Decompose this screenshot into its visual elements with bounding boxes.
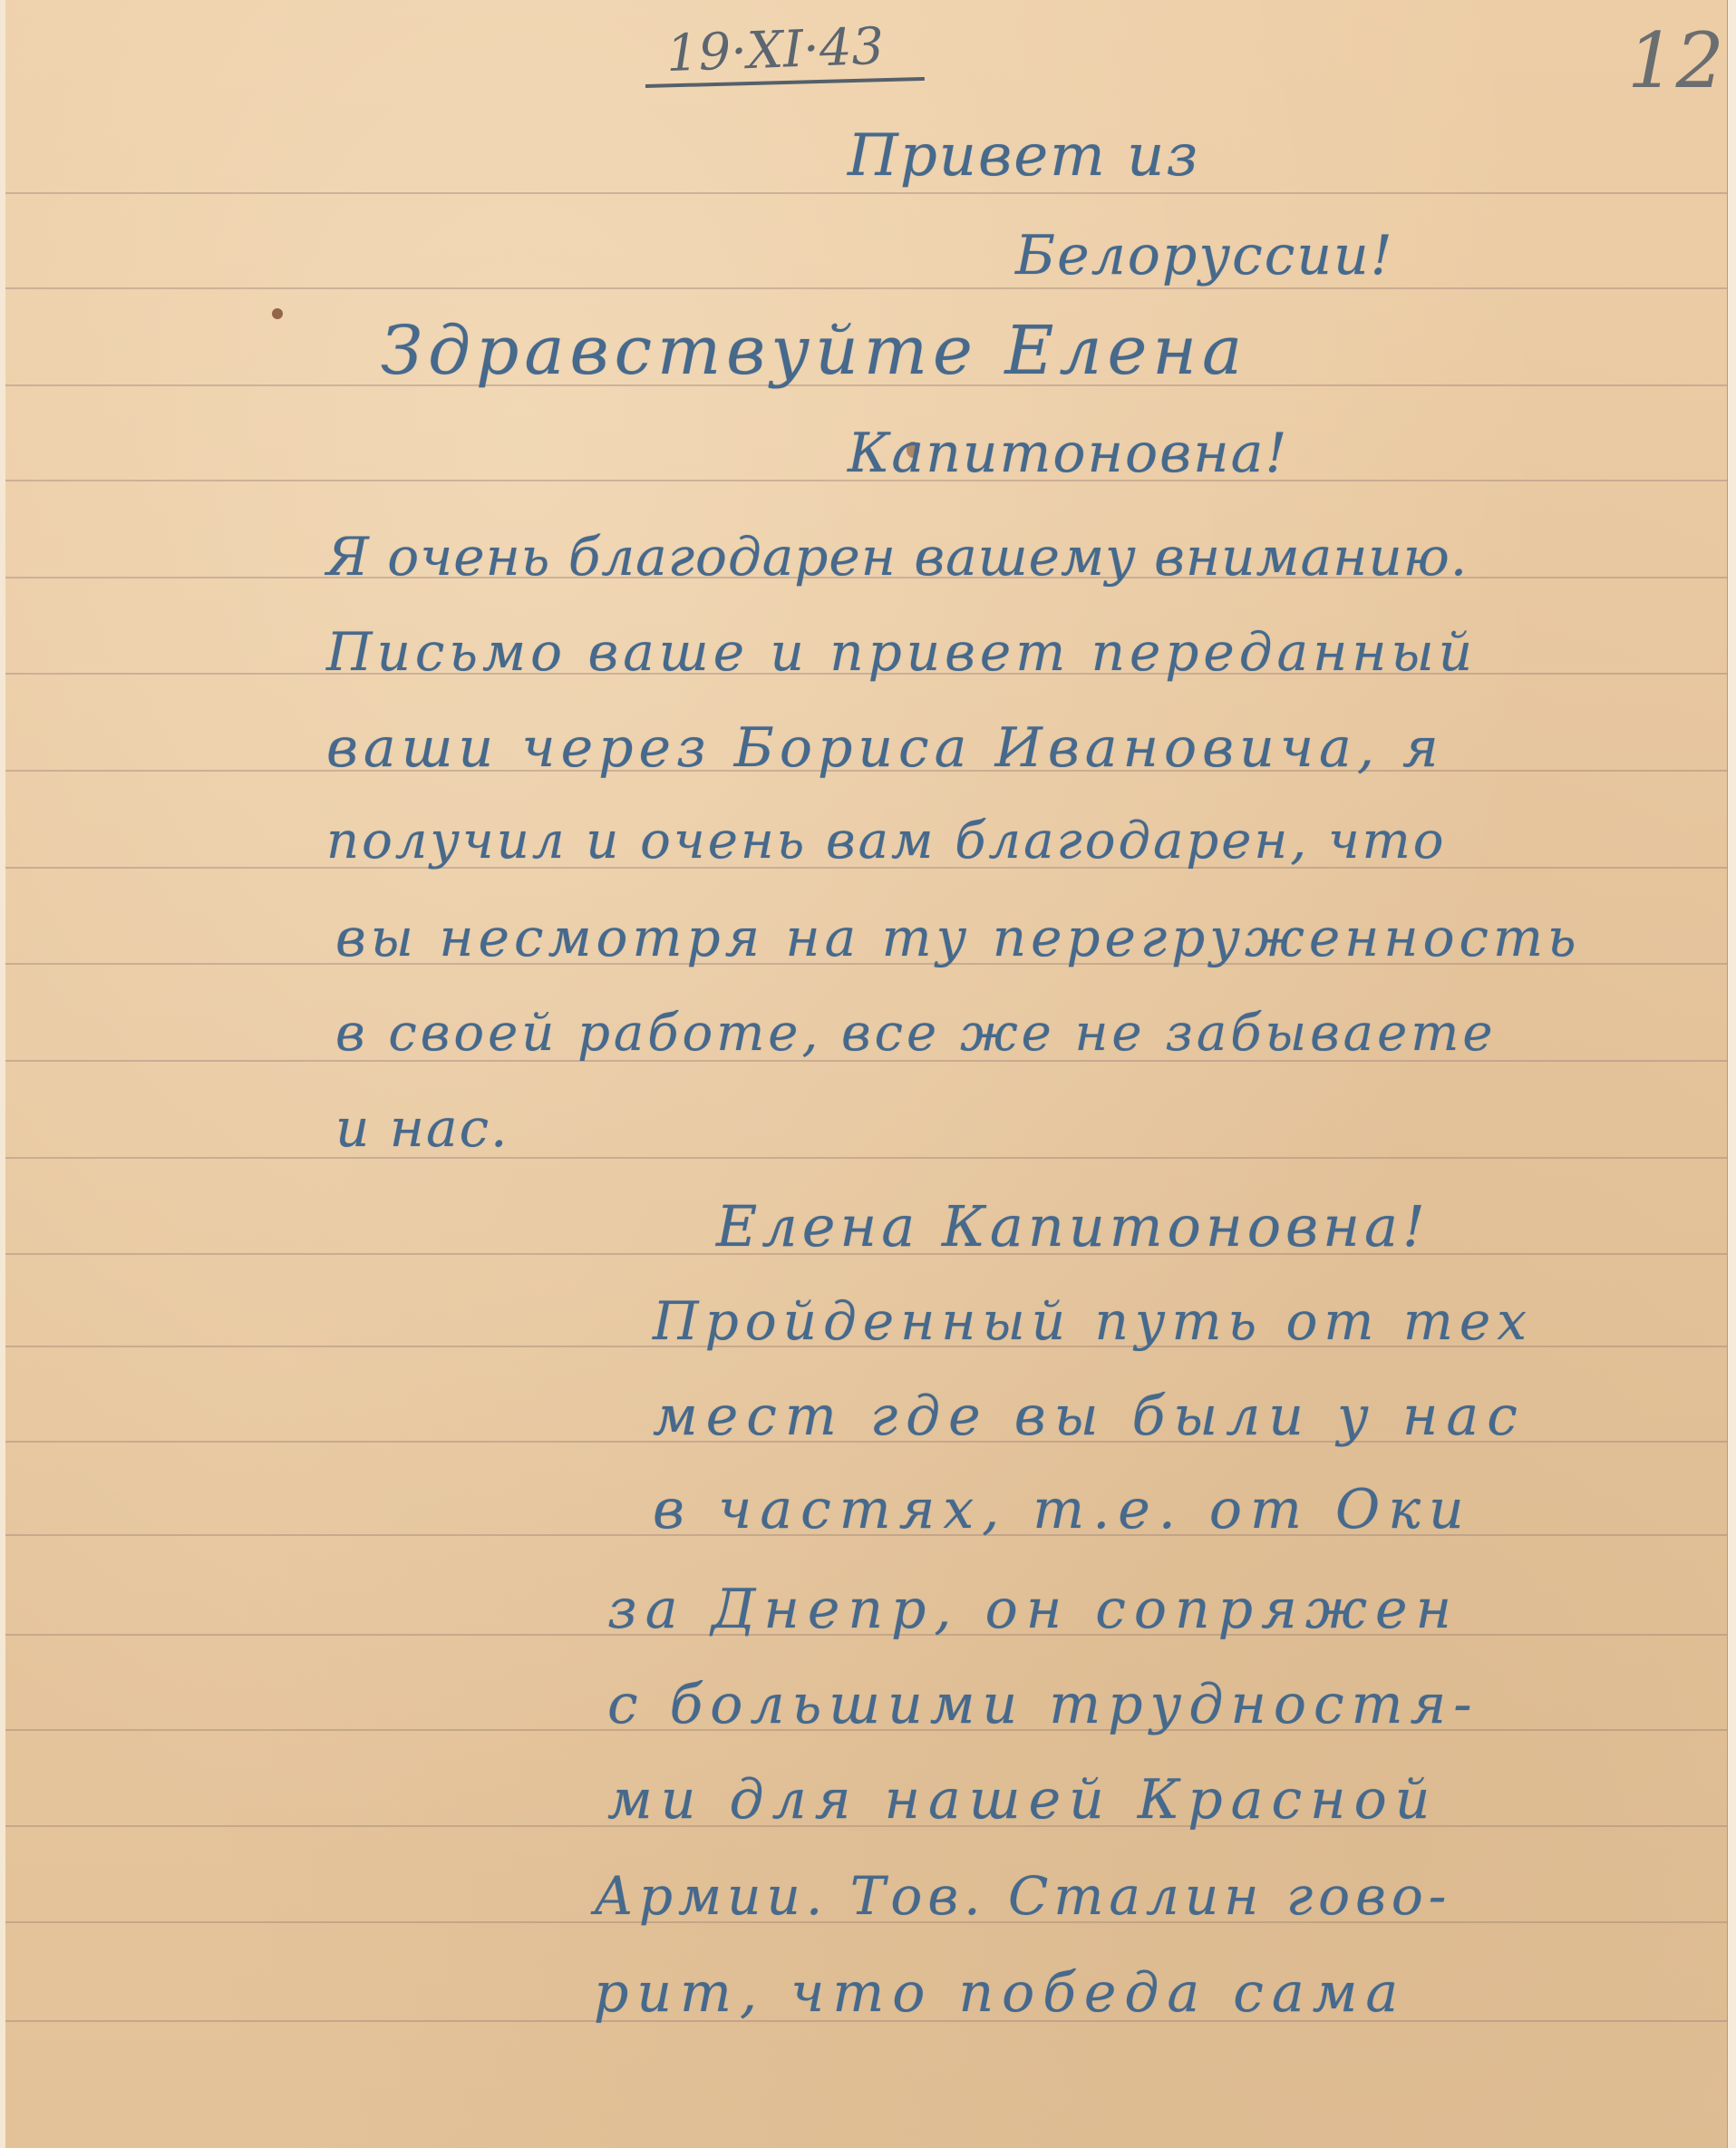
- ink-stain: [272, 308, 283, 319]
- paragraph-1-line: в своей работе, все же не забываете: [335, 1008, 1496, 1059]
- letter-date: 19·XI·43: [665, 22, 885, 80]
- paragraph-1-line: и нас.: [335, 1102, 509, 1154]
- salutation-line-1: Здравствуйте Елена: [381, 317, 1247, 384]
- paragraph-2-line: мест где вы были у нас: [653, 1389, 1526, 1443]
- paragraph-2-line: в частях, т.е. от Оки: [653, 1482, 1472, 1537]
- paragraph-2-line: с большими трудностя-: [607, 1677, 1479, 1732]
- ruled-line: [5, 1157, 1727, 1159]
- page-number: 12: [1627, 23, 1724, 99]
- greeting-line-1: Привет из: [848, 127, 1199, 185]
- paragraph-2-line: рит, что победа сама: [594, 1966, 1406, 2020]
- paper-right-edge: [1727, 0, 1736, 2148]
- paragraph-2-line: Армии. Тов. Сталин гово-: [594, 1870, 1451, 1922]
- address-line: Елена Капитоновна!: [716, 1199, 1430, 1255]
- salutation-line-2: Капитоновна!: [848, 426, 1288, 481]
- paragraph-1-line: ваши через Бориса Ивановича, я: [326, 721, 1444, 775]
- paragraph-1-line: Я очень благодарен вашему вниманию.: [326, 530, 1468, 583]
- greeting-line-2: Белоруссии!: [1015, 228, 1394, 283]
- paragraph-1-line: Письмо ваше и привет переданный: [326, 626, 1477, 678]
- paragraph-2-line: за Днепр, он сопряжен: [607, 1582, 1460, 1637]
- paragraph-2-line: ми для нашей Красной: [607, 1773, 1438, 1827]
- paragraph-1-line: вы несмотря на ту перегруженность: [335, 911, 1581, 964]
- paragraph-1-line: получил и очень вам благодарен, что: [326, 816, 1446, 867]
- ruled-line: [5, 192, 1727, 194]
- letter-page: 19·XI·43 12 Привет из Белоруссии! Здравс…: [0, 0, 1736, 2148]
- paragraph-2-line: Пройденный путь от тех: [653, 1295, 1533, 1347]
- ruled-line: [5, 287, 1727, 289]
